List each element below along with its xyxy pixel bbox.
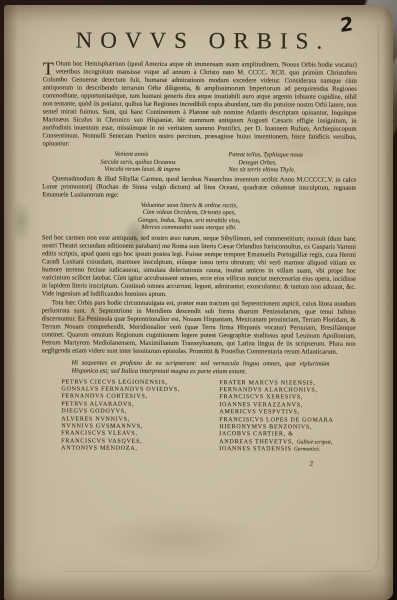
- paragraph-geography: Tota hæc Orbis pars hodie circumnauigata…: [42, 299, 356, 356]
- seneca-verse: Venient annis Sæcula seris, quibus Ocean…: [100, 151, 356, 175]
- printed-text-block: NOVVS ORBIS. TOtum hoc Hemisphærium (quo…: [41, 25, 357, 467]
- author-list: PETRVS CIECVS LEGIONENSIS, GONSALVS FERN…: [61, 379, 355, 454]
- author-language-note: Germanicè.: [294, 447, 320, 453]
- paragraph-sibyl: Quemadmodum & illud Sibyllæ Carmen, quod…: [42, 175, 356, 200]
- paragraph-forgery: Sed hoc carmen non esse antiquum, sed no…: [42, 234, 356, 299]
- sibyl-verse: Voluentur saxa litteris & ordine rectis,…: [52, 201, 326, 232]
- seneca-verse-left-column: Venient annis Sæcula seris, quibus Ocean…: [100, 151, 228, 174]
- author-language-note: Gallicè scripsit,: [296, 439, 332, 445]
- verse-line: Pateat tellus, Typhisque noua: [228, 151, 302, 159]
- paragraph-intro: TOtum hoc Hemisphærium (quod America atq…: [42, 60, 356, 149]
- author-name: ANTONIVS MENDOZA,: [61, 446, 219, 454]
- page-title: NOVVS ORBIS.: [43, 27, 357, 54]
- verse-line: Vincula rerum laxet, & ingens: [104, 166, 228, 174]
- paper-stain: [10, 201, 32, 243]
- seneca-verse-right-column: Pateat tellus, Typhisque noua Detegat Or…: [228, 151, 302, 174]
- author-list-right-column: FRATER MARCVS NIZENSIS, FERNANDVS ALARCH…: [219, 380, 355, 455]
- paragraph-authors-intro: Hi sequentes ex professo de ea scripseru…: [71, 359, 329, 376]
- printed-signature-mark: 2: [41, 458, 313, 467]
- author-list-left-column: PETRVS CIECVS LEGIONENSIS, GONSALVS FERN…: [61, 379, 219, 454]
- drop-cap: T: [43, 60, 56, 75]
- verse-line: Nec sit terris vltima Thyle.: [228, 166, 302, 174]
- author-name: IOANNES STADENSIS Germanicè.: [219, 446, 355, 454]
- verse-line: Merces commutabit suas vterque sibi.: [52, 223, 326, 232]
- paragraph-intro-text: Otum hoc Hemisphærium (quod America atqu…: [42, 60, 356, 147]
